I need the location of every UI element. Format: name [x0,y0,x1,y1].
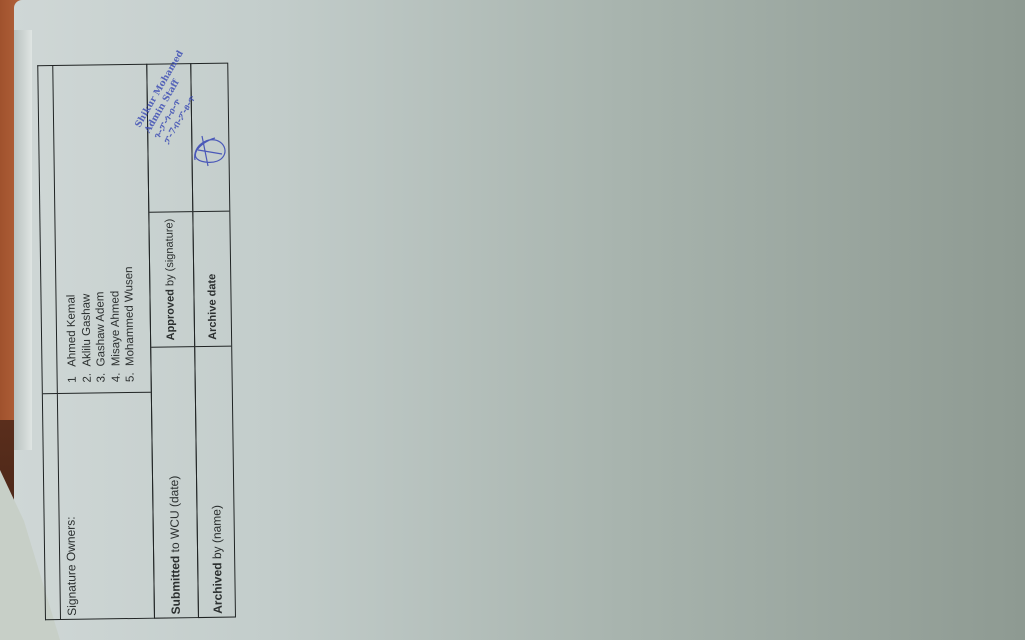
owner-name: Aklilu Gashaw [79,294,95,367]
paper-edge [14,30,32,450]
owner-name: Ahmed Kemal [64,294,80,366]
owner-name: Misaye Ahmed [108,291,124,367]
archive-date-label: Archive date [206,274,219,340]
owner-number: 3. [94,366,109,382]
owners-row: Signature Owners: 1Ahmed Kemal2.Aklilu G… [52,64,155,620]
approved-label-bold: Approved [164,289,177,341]
owners-names-cell: 1Ahmed Kemal2.Aklilu Gashaw3.Gashaw Adem… [53,65,151,394]
owner-list-item: 1Ahmed Kemal [64,267,80,383]
approved-signature-cell [147,64,192,213]
owner-list-item: 4.Misaye Ahmed [108,267,124,383]
owner-number: 1 [65,367,80,383]
archived-by-label-bold: Archived [210,562,225,614]
submitted-label-bold: Submitted [168,556,183,615]
submitted-label-rest: to WCU (date) [167,476,182,556]
approved-label-cell: Approved by (signature) [149,212,194,348]
owner-list-item: 2.Aklilu Gashaw [79,267,95,383]
owners-label: Signature Owners: [64,516,79,616]
owner-name: Mohammed Wusen [122,266,138,366]
signature-table: Signature Owners: 1Ahmed Kemal2.Aklilu G… [52,57,270,620]
owner-name: Gashaw Adem [93,292,109,367]
approved-label-rest: by (signature) [163,219,176,289]
archived-by-label-rest: by (name) [209,505,224,563]
owners-list: 1Ahmed Kemal2.Aklilu Gashaw3.Gashaw Adem… [64,266,138,383]
signature-scribble-icon [190,130,230,170]
owner-list-item: 3.Gashaw Adem [93,267,109,383]
archive-date-label-cell: Archive date [193,212,231,347]
owner-list-item: 5.Mohammed Wusen [122,266,138,382]
owner-number: 2. [80,366,95,382]
owner-number: 5. [123,366,138,382]
archived-by-cell: Archived by (name) [195,347,235,617]
owners-label-cell: Signature Owners: [58,393,154,619]
owner-number: 4. [109,366,124,382]
submitted-cell: Submitted to WCU (date) [151,347,198,618]
